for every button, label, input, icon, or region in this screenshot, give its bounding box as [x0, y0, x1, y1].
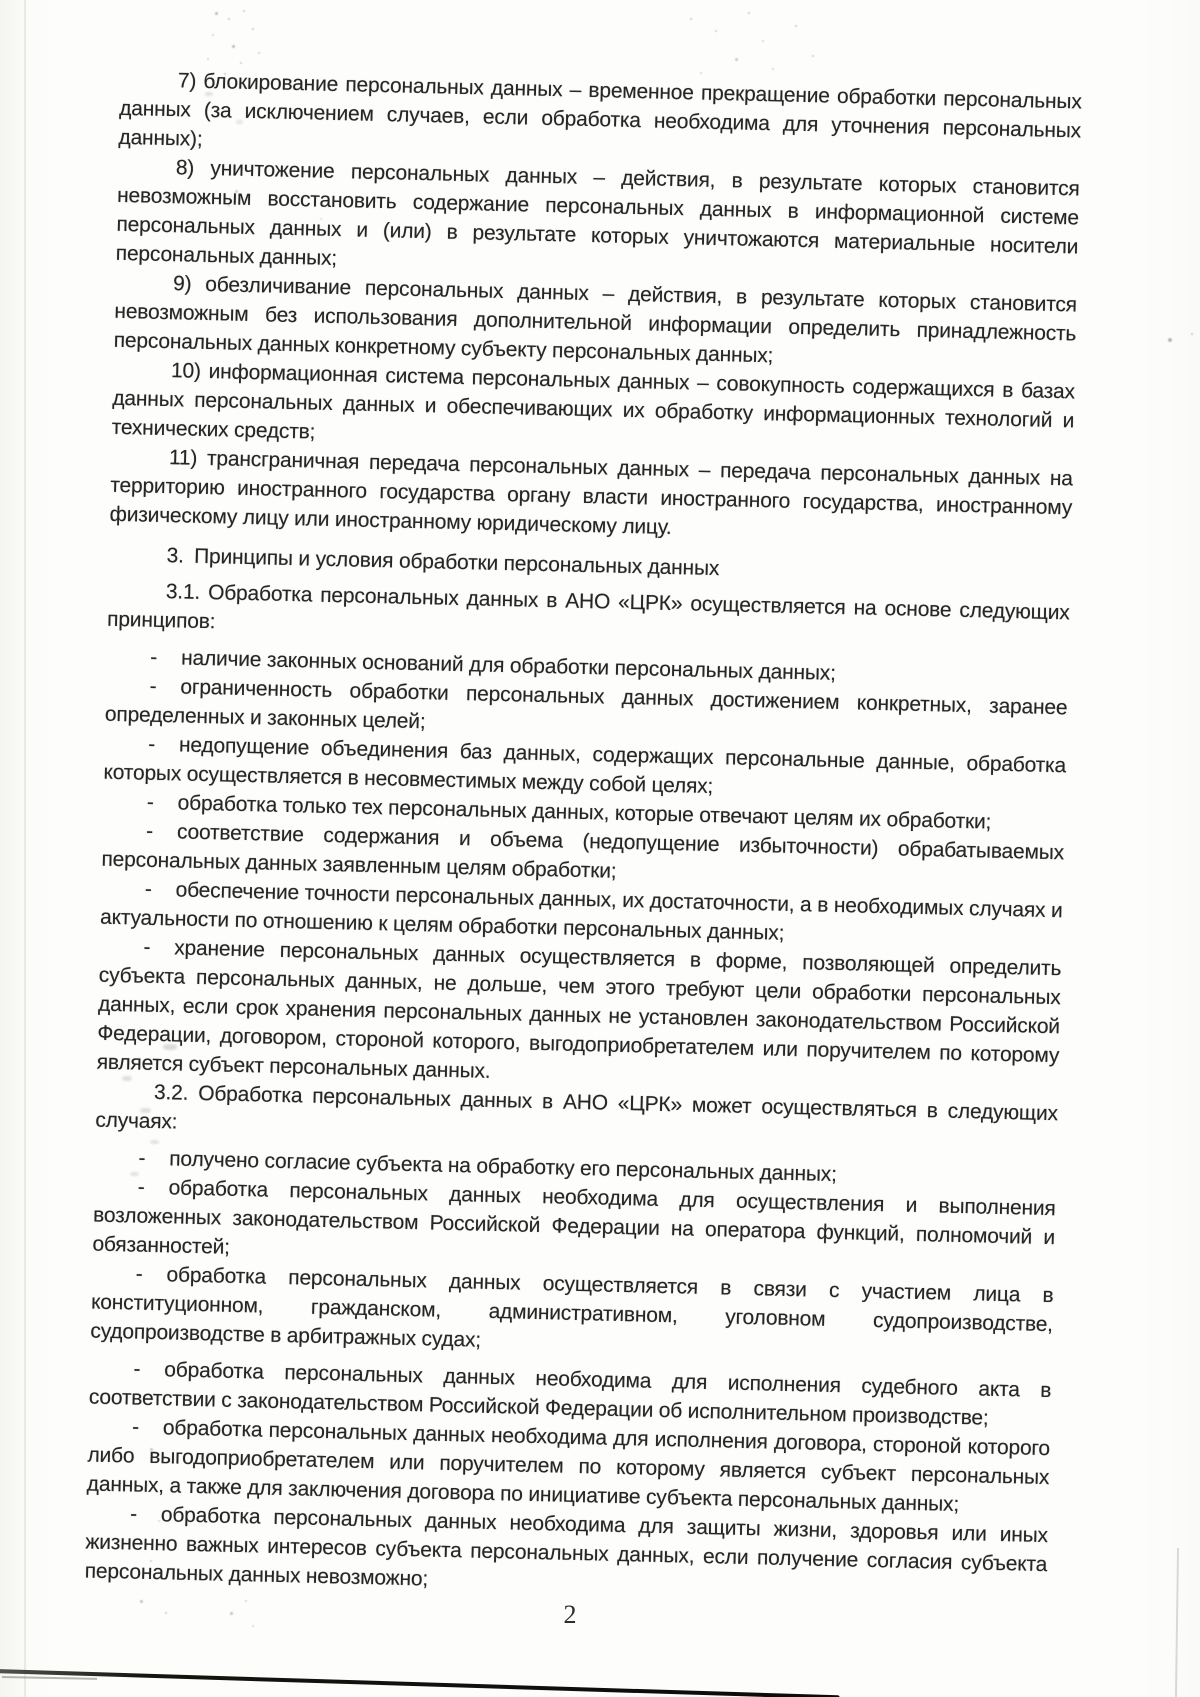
bullet-dash: -: [138, 1147, 145, 1170]
bullet-dash: -: [132, 1416, 139, 1439]
scan-speckle: [715, 30, 717, 32]
bullet-dash: -: [138, 1176, 145, 1199]
scan-speckle: [252, 1625, 254, 1627]
scan-speckle: [762, 40, 764, 42]
scan-speckle: [235, 190, 238, 193]
scan-ghost-mark: [236, 120, 243, 124]
scan-speckle: [243, 10, 245, 12]
bullet-dash: -: [146, 820, 153, 843]
bullet-dash: -: [133, 1358, 140, 1381]
scan-speckle: [795, 25, 797, 27]
scan-speckle: [228, 18, 230, 20]
scan-speckle: [150, 1560, 152, 1562]
bullet-dash: -: [149, 675, 156, 698]
scan-speckle: [700, 72, 702, 74]
scan-speckle: [748, 12, 750, 14]
scan-speckle: [690, 18, 692, 20]
bullet-item: -хранение персональных данных осуществля…: [96, 932, 1061, 1100]
scan-speckle: [150, 1448, 153, 1451]
scan-speckle: [146, 1484, 148, 1486]
scan-speckle: [165, 1612, 167, 1614]
scan-speckle: [258, 52, 260, 54]
scan-speckle: [772, 68, 774, 70]
bullet-dash: -: [150, 646, 157, 669]
scan-ghost-mark: [130, 1172, 139, 1176]
scan-left-edge-line: [24, 0, 26, 1697]
bullet-dash: -: [148, 733, 155, 756]
scan-speckle: [812, 55, 814, 57]
scan-speckle: [320, 218, 322, 220]
scan-speckle: [1168, 338, 1172, 342]
scan-ghost-mark: [140, 1108, 151, 1113]
bullet-dash: -: [136, 1263, 143, 1286]
scan-speckle: [215, 12, 218, 15]
bullet-dash: -: [147, 791, 154, 814]
scan-speckle: [228, 205, 230, 207]
scan-speckle: [158, 1520, 160, 1522]
bullet-dash: -: [130, 1502, 137, 1525]
scan-page-edge-line: [0, 1669, 840, 1697]
scan-speckle: [224, 73, 226, 75]
scan-right-edge-line: [1175, 1548, 1179, 1697]
scan-artifact-wisp: [2, 1676, 97, 1680]
bullet-text: хранение персональных данных осуществляе…: [96, 936, 1061, 1082]
scan-ghost-mark: [163, 1044, 177, 1050]
scan-speckle: [1191, 333, 1193, 335]
text-body: 7) блокирование персональных данных – вр…: [84, 65, 1082, 1608]
scan-speckle: [245, 1600, 247, 1602]
paragraph: 8) уничтожение персональных данных – дей…: [115, 152, 1079, 291]
scan-speckle: [232, 45, 235, 48]
scan-speckle: [252, 28, 254, 30]
scan-speckle: [240, 62, 242, 64]
scan-ghost-mark: [150, 1140, 159, 1144]
scan-speckle: [230, 1612, 233, 1615]
bullet-dash: -: [145, 878, 152, 901]
scan-speckle: [212, 34, 214, 36]
scan-ghost-mark: [122, 1076, 132, 1081]
bullet-dash: -: [143, 936, 150, 959]
scan-speckle: [735, 58, 738, 61]
page-number: 2: [540, 1600, 600, 1630]
scan-ghost-mark: [205, 92, 213, 96]
scan-speckle: [140, 1600, 143, 1603]
scan-speckle: [207, 58, 209, 60]
document-page: 7) блокирование персональных данных – вр…: [0, 0, 1200, 1697]
